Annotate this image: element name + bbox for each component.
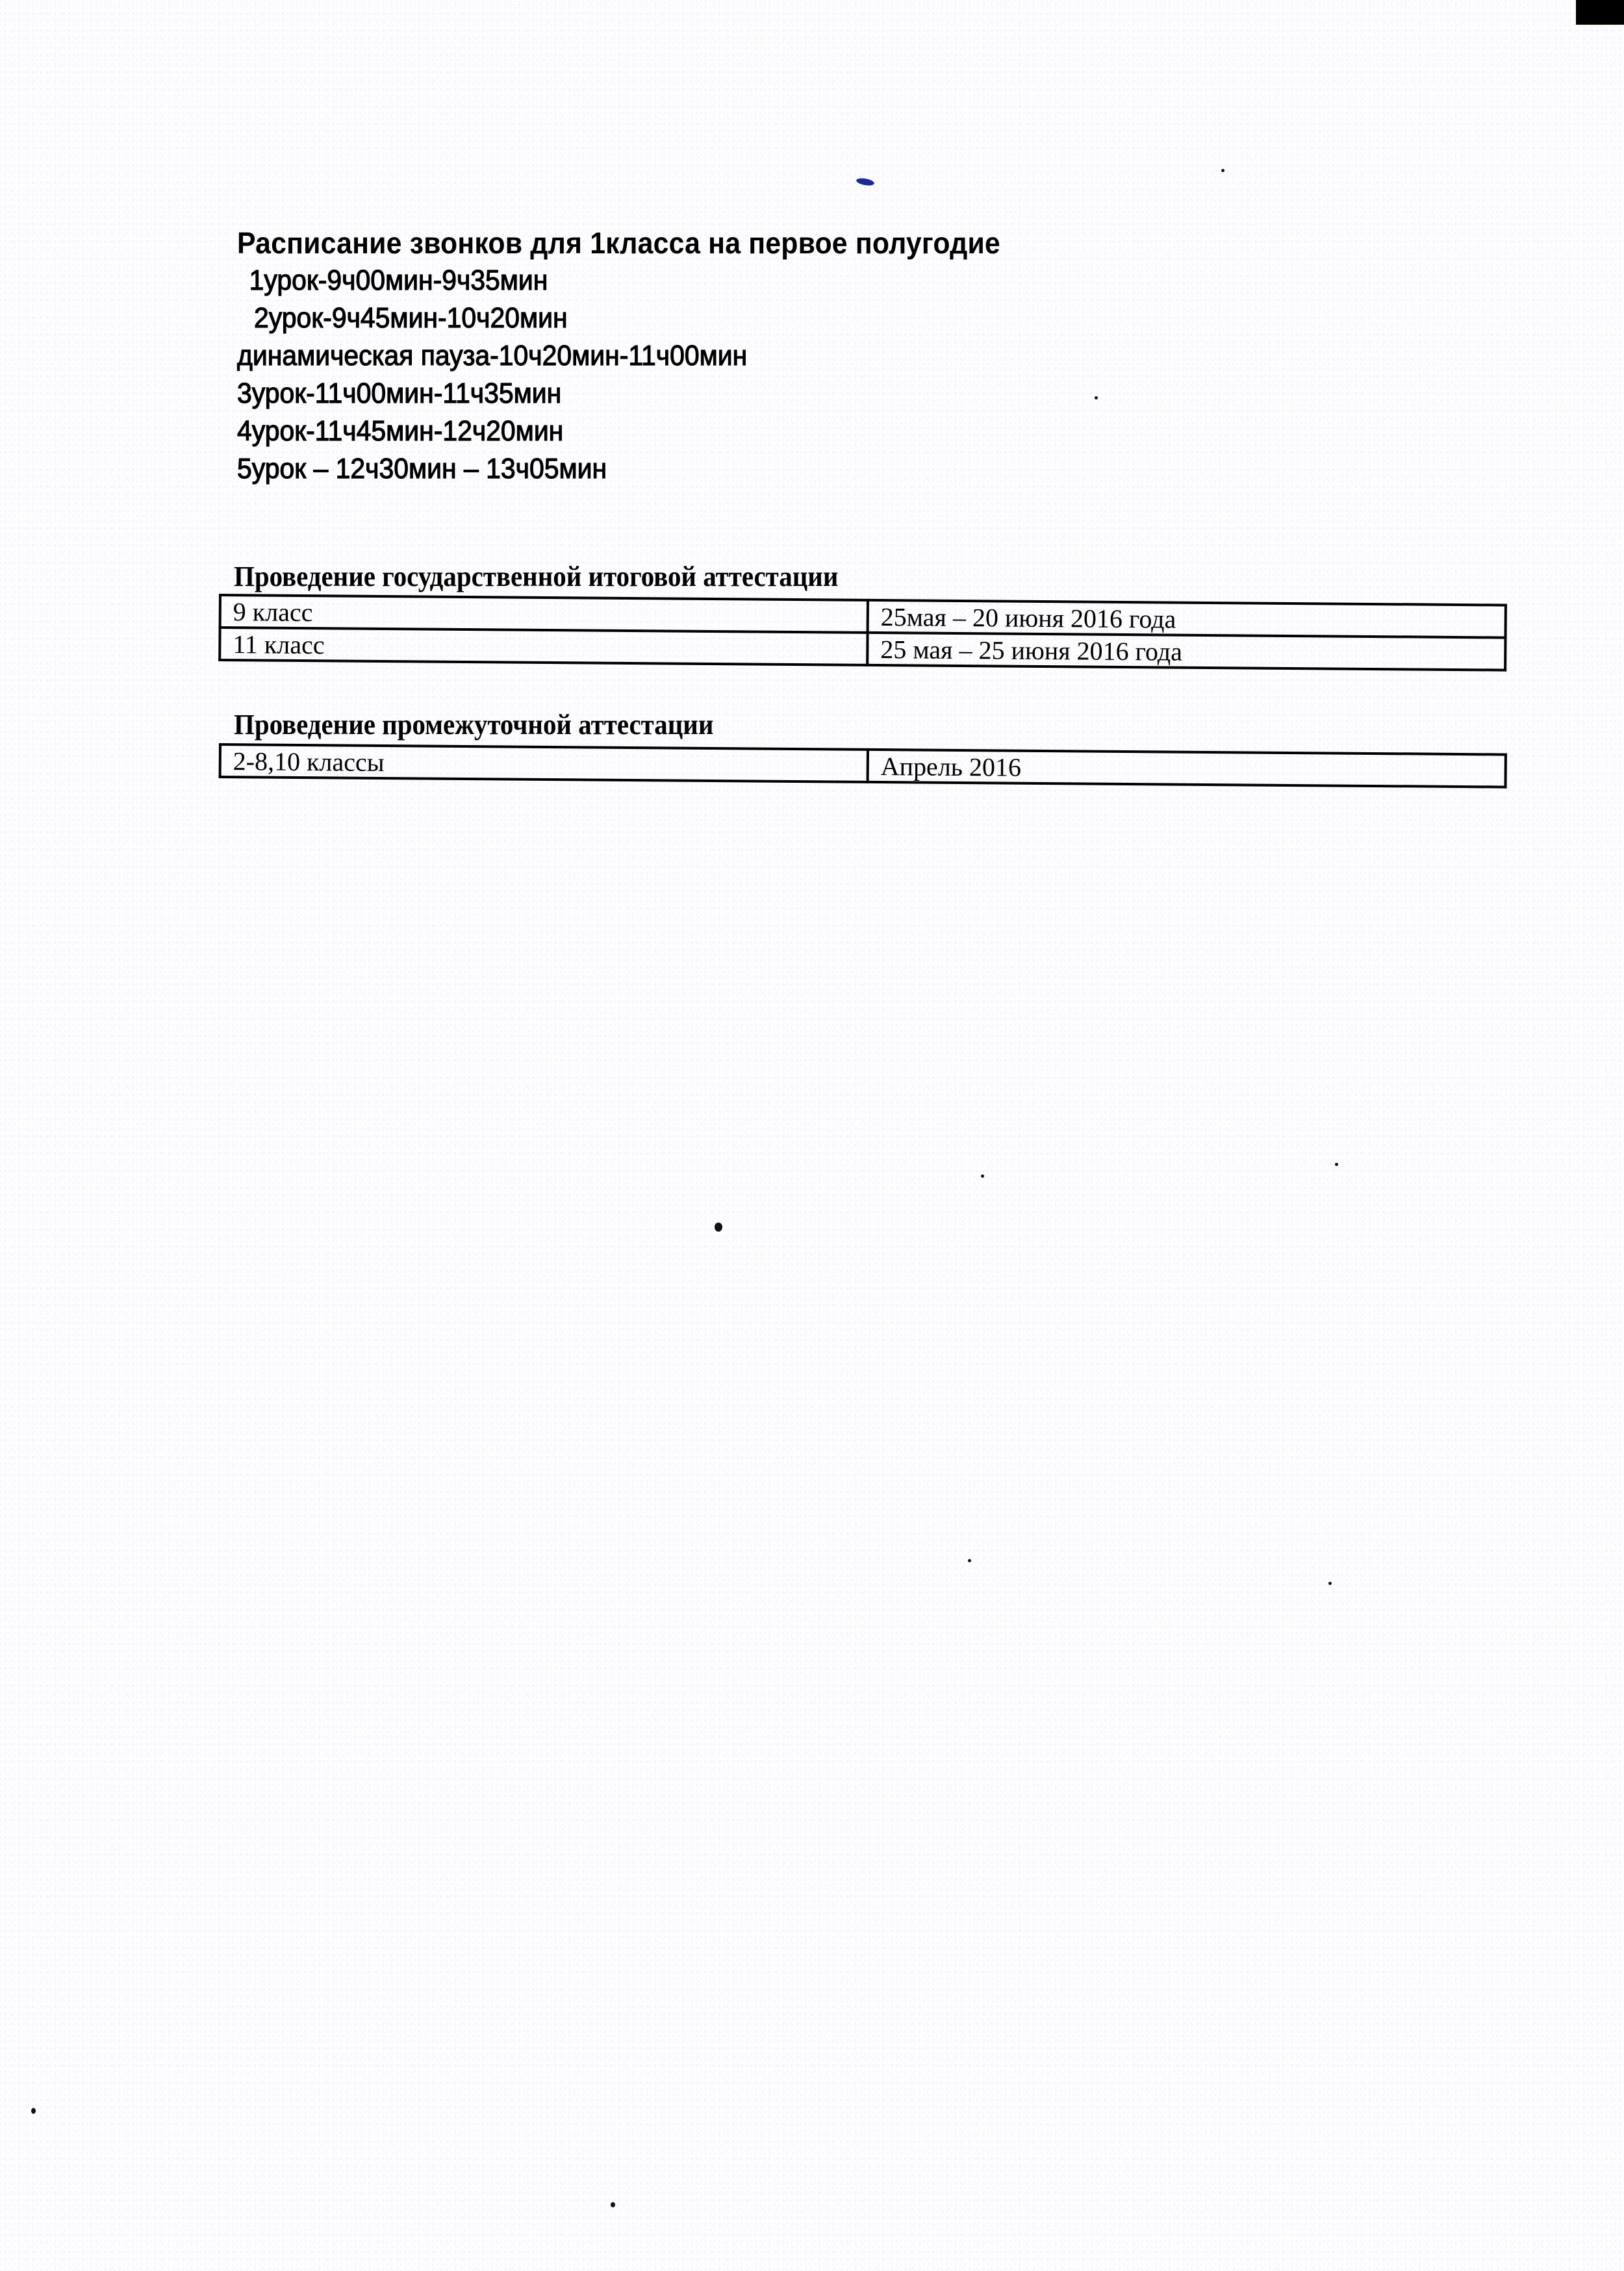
intermediate-attestation-heading: Проведение промежуточной аттестации — [234, 708, 713, 741]
scan-corner-mark — [1576, 0, 1624, 25]
class-cell: 2-8,10 классы — [220, 744, 868, 782]
bell-schedule-line: 3урок-11ч00мин-11ч35мин — [237, 375, 1000, 412]
state-attestation-table: 9 класс 25мая – 20 июня 2016 года 11 кла… — [218, 594, 1507, 672]
scan-speck — [611, 2202, 615, 2207]
scan-speck — [1221, 169, 1224, 172]
bell-schedule-line: динамическая пауза-10ч20мин-11ч00мин — [237, 337, 1000, 375]
scanned-page: Расписание звонков для 1класса на первое… — [0, 0, 1624, 2271]
scan-speck — [968, 1559, 971, 1562]
bell-schedule-line: 1урок-9ч00мин-9ч35мин — [237, 262, 1000, 299]
scan-speck — [1095, 396, 1098, 400]
scan-speck — [31, 2108, 36, 2114]
scan-speck — [981, 1174, 984, 1178]
bell-schedule-title: Расписание звонков для 1класса на первое… — [237, 224, 1000, 262]
dates-cell: 25мая – 20 июня 2016 года — [868, 600, 1506, 638]
bell-schedule-line: 4урок-11ч45мин-12ч20мин — [237, 412, 1000, 450]
class-cell: 9 класс — [220, 595, 868, 633]
bell-schedule: Расписание звонков для 1класса на первое… — [237, 224, 1000, 488]
bell-schedule-line: 5урок – 12ч30мин – 13ч05мин — [237, 450, 1000, 488]
scan-speck — [1335, 1163, 1338, 1166]
intermediate-attestation-table: 2-8,10 классы Апрель 2016 — [219, 743, 1507, 789]
class-cell: 11 класс — [220, 628, 867, 665]
state-attestation-heading: Проведение государственной итоговой атте… — [234, 560, 838, 593]
scan-speck — [715, 1223, 722, 1232]
bell-schedule-line: 2урок-9ч45мин-10ч20мин — [237, 299, 1000, 337]
scan-speck — [1328, 1582, 1332, 1585]
table-row: 2-8,10 классы Апрель 2016 — [220, 744, 1506, 787]
ink-mark — [856, 177, 874, 187]
dates-cell: 25 мая – 25 июня 2016 года — [867, 633, 1505, 670]
dates-cell: Апрель 2016 — [868, 750, 1506, 787]
